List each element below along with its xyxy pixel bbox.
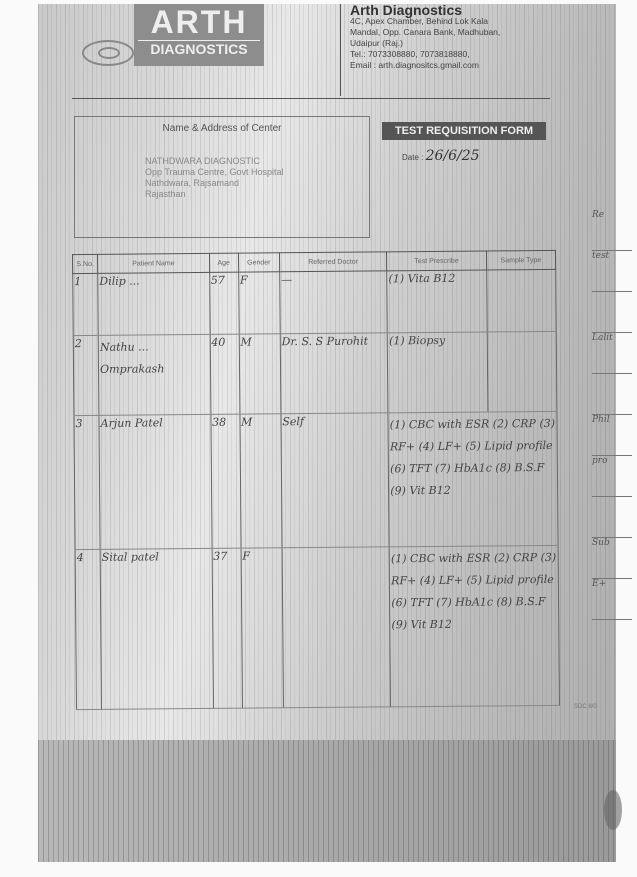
patient-table: S.No. Patient Name Age Gender Referred D… xyxy=(72,250,560,710)
cell-name: Dilip ... xyxy=(98,272,210,335)
side-note xyxy=(592,374,632,415)
cell-sno: 4 xyxy=(75,549,101,709)
header-divider xyxy=(340,4,341,96)
col-test-prescribe: Test Prescribe xyxy=(387,251,487,271)
cell-age: 37 xyxy=(212,548,243,708)
cell-doctor: — xyxy=(279,271,387,334)
side-notes: Re test Lalit Phil pro Sub E+ xyxy=(592,210,632,620)
col-patient-name: Patient Name xyxy=(98,253,210,273)
cell-tests: (1) CBC with ESR (2) CRP (3) RF+ (4) LF+… xyxy=(388,411,558,546)
phone-line: Tel.: 7073308880, 7073818880, xyxy=(350,49,500,60)
side-note xyxy=(592,292,632,333)
header-rule xyxy=(72,98,550,99)
center-address-box: Name & Address of Center NATHDWARA DIAGN… xyxy=(74,116,370,238)
lab-address: Arth Diagnostics 4C, Apex Chamber, Behin… xyxy=(350,4,500,71)
address-line: Udaipur (Raj.) xyxy=(350,38,500,49)
cell-age: 38 xyxy=(210,414,240,548)
scan-bottom-band xyxy=(38,740,616,862)
logo-subtitle: DIAGNOSTICS xyxy=(138,40,260,57)
cell-age: 40 xyxy=(210,334,240,414)
table-row: 3 Arjun Patel 38 M Self (1) CBC with ESR… xyxy=(74,411,558,549)
side-note xyxy=(592,497,632,538)
ink-stain xyxy=(604,790,622,830)
table-row: 4 Sital patel 37 F (1) CBC with ESR (2) … xyxy=(75,545,559,709)
form-date: Date : 26/6/25 xyxy=(402,148,480,164)
center-line: Rajasthan xyxy=(145,189,369,200)
center-stamp: NATHDWARA DIAGNOSTIC Opp Trauma Centre, … xyxy=(145,156,369,200)
cell-tests: (1) Biopsy xyxy=(387,332,487,413)
cell-doctor: Self xyxy=(281,413,390,548)
center-line: Opp Trauma Centre, Govt Hospital xyxy=(145,167,369,178)
center-line: Nathdwara, Rajsamand xyxy=(145,178,369,189)
cell-age: 57 xyxy=(209,272,239,334)
col-gender: Gender xyxy=(238,253,279,272)
side-note: Phil xyxy=(592,415,632,456)
col-sno: S.No. xyxy=(73,254,98,273)
table-row: 2 Nathu ... Omprakash 40 M Dr. S. S Puro… xyxy=(73,331,557,415)
cell-gender: F xyxy=(241,548,284,708)
cell-name: Nathu ... Omprakash xyxy=(98,334,210,415)
col-sample-type: Sample Type xyxy=(486,250,556,270)
date-label: Date : xyxy=(402,153,423,162)
cell-doctor xyxy=(282,547,391,708)
cell-gender: M xyxy=(239,334,281,414)
cell-name: Sital patel xyxy=(100,548,213,709)
cell-name: Arjun Patel xyxy=(99,414,212,549)
center-line: NATHDWARA DIAGNOSTIC xyxy=(145,156,369,167)
side-note: Re xyxy=(592,210,632,251)
requisition-form: ARTH DIAGNOSTICS Arth Diagnostics 4C, Ap… xyxy=(62,4,614,744)
table-row: 1 Dilip ... 57 F — (1) Vita B12 xyxy=(73,269,557,335)
date-value: 26/6/25 xyxy=(426,148,480,164)
center-label: Name & Address of Center xyxy=(75,123,369,134)
side-note: test xyxy=(592,251,632,292)
cell-sample xyxy=(486,269,556,332)
logo-target-icon xyxy=(82,40,134,66)
cell-doctor: Dr. S. S Purohit xyxy=(280,333,388,414)
side-note: pro xyxy=(592,456,632,497)
address-line: Mandal, Opp. Canara Bank, Madhuban, xyxy=(350,27,500,38)
cell-tests: (1) CBC with ESR (2) CRP (3) RF+ (4) LF+… xyxy=(389,545,559,706)
form-code: SDC 8/0 xyxy=(574,704,597,710)
logo-title: ARTH xyxy=(134,4,264,40)
cell-sample xyxy=(487,331,557,412)
cell-sno: 2 xyxy=(73,335,99,415)
cell-gender: M xyxy=(240,414,282,548)
address-line: 4C, Apex Chamber, Behind Lok Kala xyxy=(350,16,500,27)
form-title: TEST REQUISITION FORM xyxy=(382,122,546,140)
cell-sno: 3 xyxy=(74,415,100,549)
logo: ARTH DIAGNOSTICS xyxy=(134,4,264,66)
col-referred-doctor: Referred Doctor xyxy=(279,252,387,272)
email-line: Email : arth.diagnositcs.gmail.com xyxy=(350,60,500,71)
cell-sno: 1 xyxy=(73,273,99,335)
lab-name: Arth Diagnostics xyxy=(350,4,500,16)
side-note: E+ xyxy=(592,579,632,620)
col-age: Age xyxy=(209,253,238,272)
cell-gender: F xyxy=(238,272,280,334)
side-note: Lalit xyxy=(592,333,632,374)
cell-tests: (1) Vita B12 xyxy=(387,270,487,333)
side-note: Sub xyxy=(592,538,632,579)
